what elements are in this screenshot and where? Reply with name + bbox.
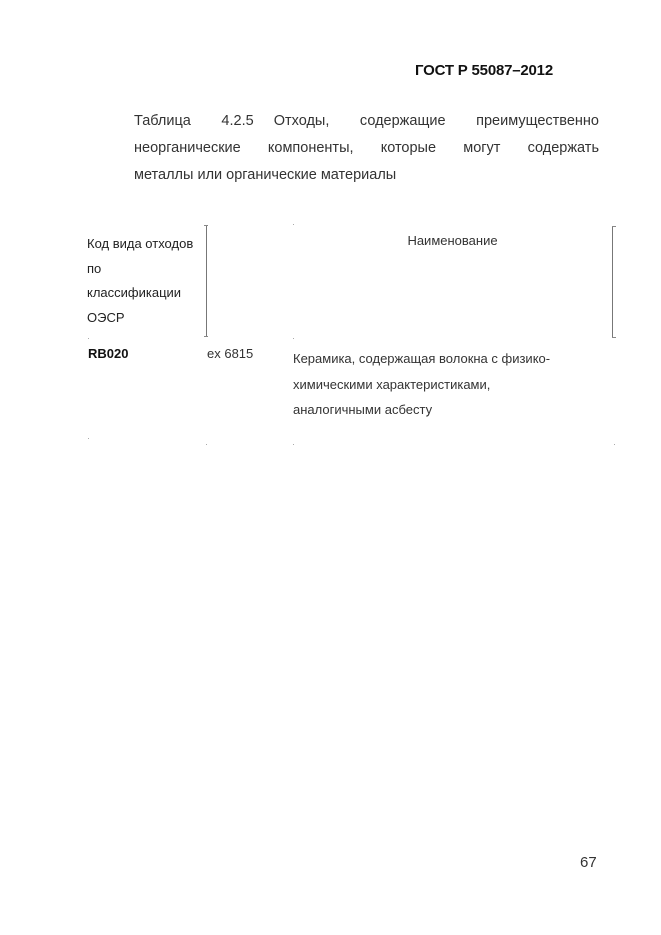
cell-description-line: Керамика, содержащая волокна с физико- <box>293 346 613 372</box>
cell-description-line: химическими характеристиками, <box>293 372 613 398</box>
table-grid-dot <box>293 444 294 445</box>
caption-line-3: металлы или органические материалы <box>134 162 599 189</box>
caption-line-1: Таблица 4.2.5Отходы, содержащие преимуще… <box>134 108 599 135</box>
table-grid-dot <box>293 224 294 225</box>
column-header-waste-code-line: по <box>87 257 212 282</box>
table-divider-tick <box>204 336 208 337</box>
table-divider-tick <box>204 225 208 226</box>
document-standard-header: ГОСТ Р 55087–2012 <box>415 62 553 79</box>
table-grid-dot <box>293 338 294 339</box>
column-header-waste-code: Код вида отходов по классификации ОЭСР <box>87 232 212 330</box>
table-grid-dot <box>88 338 89 339</box>
page-number: 67 <box>580 854 597 871</box>
table-divider-code <box>206 225 207 337</box>
table-divider-tick <box>612 337 616 338</box>
column-header-waste-code-line: классификации <box>87 281 212 306</box>
column-header-name: Наименование <box>295 233 610 248</box>
column-header-waste-code-line: ОЭСР <box>87 306 212 331</box>
table-divider-right <box>612 226 613 338</box>
cell-description-line: аналогичными асбесту <box>293 397 613 423</box>
cell-waste-code: RB020 <box>88 346 128 361</box>
table-grid-dot <box>206 444 207 445</box>
caption-line-2: неорганические компоненты, которые могут… <box>134 135 599 162</box>
table-number: Таблица 4.2.5 <box>134 113 254 129</box>
table-grid-dot <box>88 438 89 439</box>
table-caption: Таблица 4.2.5Отходы, содержащие преимуще… <box>134 108 599 189</box>
table-grid-dot <box>614 444 615 445</box>
cell-description: Керамика, содержащая волокна с физико- х… <box>293 346 613 423</box>
table-divider-tick <box>612 226 616 227</box>
column-header-waste-code-line: Код вида отходов <box>87 232 212 257</box>
cell-hs-code: ex 6815 <box>207 346 253 361</box>
caption-title-part-1: Отходы, содержащие преимущественно <box>274 113 599 129</box>
